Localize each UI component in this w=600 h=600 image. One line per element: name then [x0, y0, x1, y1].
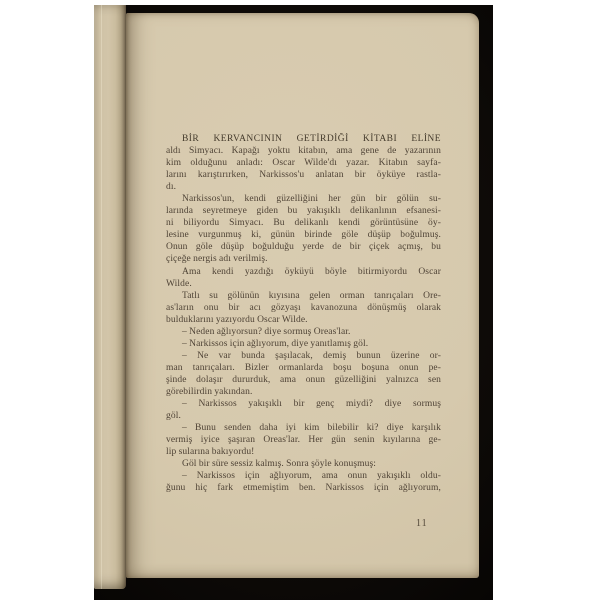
- text-line: Wilde.: [166, 278, 441, 290]
- text-line: kim olduğunu anladı: Oscar Wilde'dı yaza…: [166, 157, 441, 169]
- chapter-opening-line: BİR KERVANCININ GETİRDİĞİ KİTABI ELİNE: [166, 133, 441, 145]
- page-stack-edge: [94, 5, 126, 589]
- text-line: görebilirdin yakından.: [166, 386, 441, 398]
- text-line: Tatlı su gölünün kıyısına gelen orman ta…: [166, 290, 441, 302]
- text-line: larında seyretmeye giden bu yakışıklı de…: [166, 205, 441, 217]
- text-line: vermiş iyice şaşıran Oreas'lar. Her gün …: [166, 434, 441, 446]
- paragraph: BİR KERVANCININ GETİRDİĞİ KİTABI ELİNEal…: [166, 133, 441, 193]
- text-line: – Narkissos için ağlıyorum, ama onun yak…: [166, 470, 441, 482]
- text-line: göl.: [166, 410, 441, 422]
- paragraph: – Narkissos yakışıklı bir genç miydi? di…: [166, 398, 441, 422]
- text-line: – Neden ağlıyorsun? diye sormuş Oreas'la…: [166, 326, 441, 338]
- text-line: – Narkissos yakışıklı bir genç miydi? di…: [166, 398, 441, 410]
- text-line: man tanrıçaları. Bizler ormanlarda boşu …: [166, 362, 441, 374]
- page-number: 11: [416, 518, 428, 529]
- paragraph: Tatlı su gölünün kıyısına gelen orman ta…: [166, 290, 441, 326]
- text-line: şinde dolaşır dururduk, ama onun güzelli…: [166, 374, 441, 386]
- paragraph: Ama kendi yazdığı öyküyü böyle bitirmiyo…: [166, 266, 441, 290]
- scan-background: BİR KERVANCININ GETİRDİĞİ KİTABI ELİNEal…: [0, 0, 600, 600]
- text-line: ni biliyordu Simyacı. Bu delikanlı kendi…: [166, 217, 441, 229]
- text-line: aldı Simyacı. Kapağı yoktu kitabın, ama …: [166, 145, 441, 157]
- paragraph: – Neden ağlıyorsun? diye sormuş Oreas'la…: [166, 326, 441, 338]
- text-line: as'ların onu bir acı gözyaşı kavanozuna …: [166, 302, 441, 314]
- text-line: ğunu hiç fark etmemiştim ben. Narkissos …: [166, 482, 441, 494]
- text-line: dı.: [166, 181, 441, 193]
- page-text: BİR KERVANCININ GETİRDİĞİ KİTABI ELİNEal…: [166, 133, 441, 494]
- paragraph: – Ne var bunda şaşılacak, demiş bunun üz…: [166, 350, 441, 398]
- text-line: Narkissos'un, kendi güzelliğini her gün …: [166, 193, 441, 205]
- paragraph: Göl bir süre sessiz kalmış. Sonra şöyle …: [166, 458, 441, 470]
- paragraph: – Narkissos için ağlıyorum, diye yanıtla…: [166, 338, 441, 350]
- text-line: Onun göle düşüp boğulduğu yerde de bir ç…: [166, 241, 441, 253]
- text-line: lip sularına bakıyordu!: [166, 446, 441, 458]
- text-line: larını karıştırırken, Narkissos'u anlata…: [166, 169, 441, 181]
- text-line: lesine vurgunmuş ki, günün birinde göle …: [166, 229, 441, 241]
- text-line: Ama kendi yazdığı öyküyü böyle bitirmiyo…: [166, 266, 441, 278]
- paragraph: Narkissos'un, kendi güzelliğini her gün …: [166, 193, 441, 265]
- paragraph: – Bunu senden daha iyi kim bilebilir ki?…: [166, 422, 441, 458]
- text-line: Göl bir süre sessiz kalmış. Sonra şöyle …: [166, 458, 441, 470]
- text-line: – Bunu senden daha iyi kim bilebilir ki?…: [166, 422, 441, 434]
- book-page: BİR KERVANCININ GETİRDİĞİ KİTABI ELİNEal…: [126, 13, 479, 578]
- text-line: bulduklarını yazıyordu Oscar Wilde.: [166, 314, 441, 326]
- paragraph: – Narkissos için ağlıyorum, ama onun yak…: [166, 470, 441, 494]
- text-line: – Ne var bunda şaşılacak, demiş bunun üz…: [166, 350, 441, 362]
- text-line: çiçeğe nergis adı verilmiş.: [166, 253, 441, 265]
- text-line: – Narkissos için ağlıyorum, diye yanıtla…: [166, 338, 441, 350]
- page-edge-highlight: [101, 5, 102, 589]
- book-photo: BİR KERVANCININ GETİRDİĞİ KİTABI ELİNEal…: [94, 5, 493, 600]
